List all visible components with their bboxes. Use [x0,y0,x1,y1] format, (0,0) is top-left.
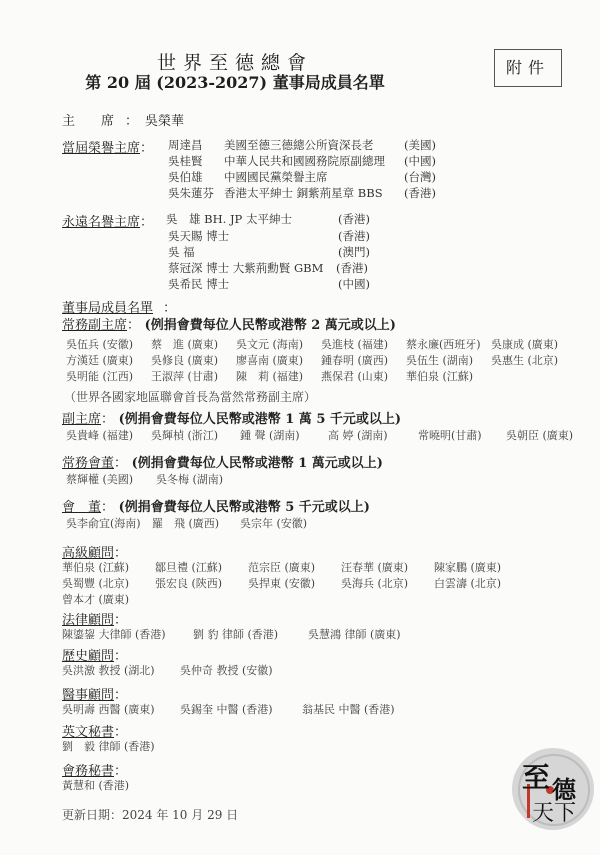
director-note: (例捐會費每位人民幣或港幣 5 千元或以上) [119,500,370,515]
logo-char-3: 天下 [532,796,576,827]
exec-director-row: 蔡輝權 (美國) 吳冬梅 (湖南) [66,471,366,487]
member: 高 婷 (湖南) [328,427,388,443]
person-title: 美國至德三德總公所資深長老 [224,137,374,153]
member: 鄒旦禮 (江蘇) [155,559,222,575]
person-title: 中國國民黨榮譽主席 [224,169,328,185]
colon: ： [127,318,140,333]
medical-row: 吳明壽 西醫 (廣東) 吳錫奎 中醫 (香港) 翁基民 中醫 (香港) [62,701,582,717]
member: 蔡輝權 (美國) [66,471,133,487]
member: 吳錫奎 中醫 (香港) [180,701,273,717]
colon: ： [140,215,153,230]
member: 陳家鵬 (廣東) [434,559,501,575]
member: 羅 飛 (廣西) [152,515,219,531]
person-title: 香港太平紳士 銅紫荊星章 BBS [224,185,383,201]
person-region: (台灣) [404,169,436,185]
member: 吳仲奇 教授 (安徽) [180,662,273,678]
person-text: 吳 雄 BH. JP 太平紳士 [166,211,292,227]
person-region: (香港) [336,260,368,276]
member: 鍾春明 (廣西) [321,352,388,368]
member: 吳宗年 (安徽) [240,515,307,531]
member: 吳慧鴻 律師 (廣東) [308,626,401,642]
member: 吳伍生 (湖南) [406,352,473,368]
exec-vice-row: 吳伍兵 (安徽) 蔡 進 (廣東) 吳文元 (海南) 吳進枝 (福建) 蔡永廉(… [66,336,586,352]
vice-note: (例捐會費每位人民幣或港幣 1 萬 5 千元或以上) [119,412,402,427]
chairman-colon: ： [125,110,138,129]
member: 蔡永廉(西班牙) [406,336,481,352]
current-honorary-label: 當屆榮譽主席 [62,141,140,156]
member: 吳惠生 (北京) [491,352,558,368]
member: 白雲濤 (北京) [434,575,501,591]
member: 吳捍東 (安徽) [248,575,315,591]
member: 吳進枝 (福建) [321,336,388,352]
person-name: 吳朱蓮芬 [168,185,214,201]
exec-director-note: (例捐會費每位人民幣或港幣 1 萬元或以上) [132,456,383,471]
member: 吳文元 (海南) [236,336,303,352]
member: 吳蜀豐 (北京) [62,575,129,591]
person-text: 吳天賜 博士 [168,228,229,244]
chairman-label: 主 席 [62,110,114,129]
member: 吳洪激 教授 (湖北) [62,662,155,678]
member: 燕保君 (山東) [321,368,388,384]
exec-vice-row: 吳明能 (江西) 王淑萍 (甘肅) 陳 莉 (福建) 燕保君 (山東) 華伯泉 … [66,368,586,384]
zhide-logo: 至 德 天下 [512,748,594,830]
permanent-honorary-heading: 永遠名譽主席： [62,211,153,230]
member: 吳康成 (廣東) [491,336,558,352]
member: 汪春華 (廣東) [341,559,408,575]
member: 劉 豹 律師 (香港) [193,626,278,642]
person-region: (澳門) [338,244,370,260]
person-title: 中華人民共和國國務院原副總理 [224,153,385,169]
colon: ： [101,500,114,515]
affairs-secretary-member: 黃慧和 (香港) [62,777,129,793]
member: 王淑萍 (甘肅) [151,368,218,384]
exec-vice-note: (例捐會費每位人民幣或港幣 2 萬元或以上) [145,318,396,333]
member: 吳朝臣 (廣東) [506,427,573,443]
legal-row: 陳鎏鋆 大律師 (香港) 劉 豹 律師 (香港) 吳慧鴻 律師 (廣東) [62,626,582,642]
person-region: (香港) [404,185,436,201]
history-row: 吳洪激 教授 (湖北) 吳仲奇 教授 (安徽) [62,662,582,678]
member: 陳 莉 (福建) [236,368,303,384]
exec-vice-footnote: （世界各國家地區聯會首長為當然常務副主席） [64,388,316,405]
person-name: 吳桂賢 [168,153,203,169]
member: 吳明壽 西醫 (廣東) [62,701,155,717]
member: 張宏良 (陝西) [155,575,222,591]
member: 翁基民 中醫 (香港) [302,701,395,717]
person-region: (中國) [338,276,370,292]
person-text: 吳 福 [168,244,195,260]
person-text: 蔡冠深 博士 大紫荊勳賢 GBM [168,260,323,276]
director-heading: 會 董： (例捐會費每位人民幣或港幣 5 千元或以上) [62,496,370,515]
person-region: (美國) [404,137,436,153]
member: 常曉明(甘肅) [418,427,482,443]
updated-date: 更新日期：2024 年 10 月 29 日 [62,806,238,823]
person-name: 吳伯雄 [168,169,203,185]
current-honorary-heading: 當屆榮譽主席： [62,137,153,156]
annex-box: 附件 [494,49,562,87]
advisor-row: 華伯泉 (江蘇) 鄒旦禮 (江蘇) 范宗臣 (廣東) 汪春華 (廣東) 陳家鵬 … [62,559,582,575]
colon: ： [140,141,153,156]
logo-char-1: 至 [522,756,550,796]
vice-label: 副主席 [62,412,101,427]
chairman-name: 吳榮華 [145,110,184,129]
member: 曾本才 (廣東) [62,591,129,607]
member: 吳貴峰 (福建) [66,427,133,443]
member: 吳伍兵 (安徽) [66,336,133,352]
english-secretary-member: 劉 毅 律師 (香港) [62,738,155,754]
member: 吳明能 (江西) [66,368,133,384]
exec-director-heading: 常務會董： (例捐會費每位人民幣或港幣 1 萬元或以上) [62,452,383,471]
exec-vice-label: 常務副主席 [62,318,127,333]
member: 華伯泉 (江蘇) [406,368,473,384]
advisor-row: 曾本才 (廣東) [62,591,582,607]
member: 陳鎏鋆 大律師 (香港) [62,626,166,642]
person-region: (香港) [338,228,370,244]
member: 吳海兵 (北京) [341,575,408,591]
vice-row: 吳貴峰 (福建) 吳輝楨 (浙江) 鍾 聲 (湖南) 高 婷 (湖南) 常曉明(… [66,427,586,443]
member: 吳輝楨 (浙江) [151,427,218,443]
person-region: (中國) [404,153,436,169]
member: 范宗臣 (廣東) [248,559,315,575]
member: 方漢廷 (廣東) [66,352,133,368]
director-label: 會 董 [62,500,101,515]
person-region: (香港) [338,211,370,227]
colon: ： [114,456,127,471]
member: 廖喜南 (廣東) [236,352,303,368]
member: 吳修良 (廣東) [151,352,218,368]
member: 蔡 進 (廣東) [151,336,218,352]
exec-director-label: 常務會董 [62,456,114,471]
exec-vice-heading: 常務副主席： (例捐會費每位人民幣或港幣 2 萬元或以上) [62,314,396,333]
member: 吳李俞宜(海南) [66,515,141,531]
colon: ： [101,412,114,427]
member: 鍾 聲 (湖南) [240,427,300,443]
advisor-row: 吳蜀豐 (北京) 張宏良 (陝西) 吳捍東 (安徽) 吳海兵 (北京) 白雲濤 … [62,575,582,591]
document-subtitle: 第 20 屆 (2023-2027) 董事局成員名單 [0,70,470,93]
member: 華伯泉 (江蘇) [62,559,129,575]
exec-vice-row: 方漢廷 (廣東) 吳修良 (廣東) 廖喜南 (廣東) 鍾春明 (廣西) 吳伍生 … [66,352,586,368]
director-row: 吳李俞宜(海南) 羅 飛 (廣西) 吳宗年 (安徽) [66,515,366,531]
person-text: 吳希民 博士 [168,276,229,292]
permanent-honorary-label: 永遠名譽主席 [62,215,140,230]
member: 吳冬梅 (湖南) [156,471,223,487]
person-name: 周達昌 [168,137,203,153]
vice-heading: 副主席： (例捐會費每位人民幣或港幣 1 萬 5 千元或以上) [62,408,401,427]
